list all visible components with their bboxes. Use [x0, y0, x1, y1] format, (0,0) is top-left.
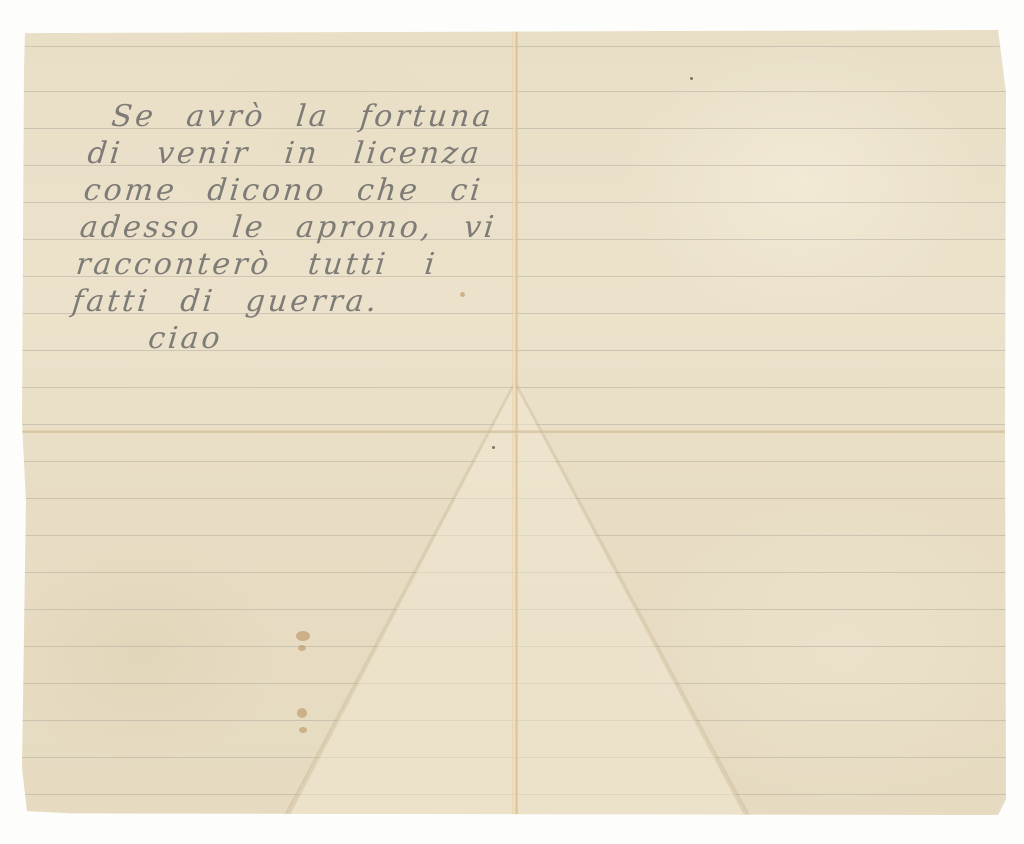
- text-line: racconterò tutti i: [74, 246, 518, 283]
- text-line: adesso le aprono, vi: [78, 209, 522, 246]
- sign-off: ciao: [66, 320, 510, 357]
- letter-sheet: Se avrò la fortuna di venir in licenza c…: [22, 30, 1006, 815]
- speck: [690, 77, 693, 80]
- horizontal-fold: [22, 430, 1006, 434]
- speck: [492, 446, 495, 449]
- stain-spot: [299, 727, 307, 733]
- text-line: Se avrò la fortuna: [90, 98, 534, 135]
- text-line: fatti di guerra.: [70, 283, 514, 320]
- handwritten-text: Se avrò la fortuna di venir in licenza c…: [66, 98, 533, 357]
- text-line: come dicono che ci: [82, 172, 526, 209]
- stain-spot: [297, 708, 307, 718]
- text-line: di venir in licenza: [86, 135, 530, 172]
- scan-background: Se avrò la fortuna di venir in licenza c…: [0, 0, 1024, 844]
- stain-spot: [296, 631, 310, 641]
- stain-spot: [298, 645, 306, 651]
